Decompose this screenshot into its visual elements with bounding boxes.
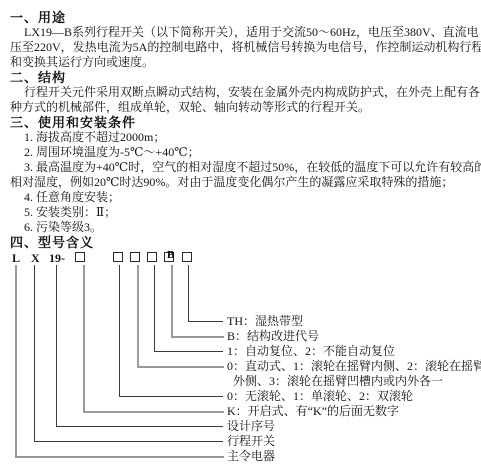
connector-roller-pos-line (137, 265, 224, 368)
document-body: 一、用途 LX19—B系列行程开关（以下简称开关），适用于交流50～60Hz，电… (0, 0, 481, 250)
model-box-4 (147, 252, 157, 262)
diagram-label-roller-pos: 0：直动式、1：滚轮在摇臂内侧、2：滚轮在摇臂 (227, 360, 481, 373)
section-heading-2: 二、结构 (10, 70, 475, 85)
list-item: 3. 最高温度为+40℃时，空气的相对湿度不超过50%，在较低的温度下可以允许有… (10, 160, 475, 175)
document-page: 一、用途 LX19—B系列行程开关（以下简称开关），适用于交流50～60Hz，电… (0, 0, 481, 471)
model-box-5 (164, 252, 174, 262)
connector-reset-line (154, 265, 223, 352)
connector-k-type-line (83, 265, 224, 413)
diagram-label-k-type: K：开启式、有“K”的后面无数字 (227, 405, 399, 418)
section-heading-1: 一、用途 (10, 10, 475, 25)
list-item: 6. 污染等级3。 (10, 220, 475, 235)
diagram-label-th: TH：湿热带型 (227, 315, 303, 328)
list-item: 1. 海拔高度不超过2000m； (10, 130, 475, 145)
paragraph-line: 行程开关元件采用双断点瞬动式结构，安装在金属外壳内构成防护式，在外壳上配有各 (10, 85, 475, 100)
list-item: 5. 安装类别：Ⅱ； (10, 205, 475, 220)
list-item: 4. 任意角度安装； (10, 190, 475, 205)
diagram-label-roller-pos-cont: 外侧、3：滚轮在摇臂凹槽内或内外各一 (233, 375, 443, 388)
diagram-label-master-device: 主令电器 (227, 450, 275, 463)
section-heading-4: 四、型号含义 (10, 235, 475, 250)
paragraph-line: 压至220V，发热电流为5A的控制电路中，将机械信号转换为电信号，作控制运动机构… (10, 40, 475, 55)
list-item-continuation: 相对湿度，例如20℃时达90%。对由于温度变化偶尔产生的凝露应采取特殊的措施； (10, 175, 475, 190)
diagram-label-roller-count: 0：无滚轮、1：单滚轮、2：双滚轮 (227, 390, 413, 403)
connector-th-line (188, 265, 223, 322)
paragraph-line: 和变换其运行方向或速度。 (10, 55, 475, 70)
connector-design-no-line (56, 265, 223, 427)
model-b-character: B (167, 250, 174, 261)
paragraph-line: LX19—B系列行程开关（以下简称开关），适用于交流50～60Hz，电压至380… (10, 25, 475, 40)
connector-master-device-line (15, 265, 224, 458)
diagram-label-b: B：结构改进代号 (227, 330, 319, 343)
diagram-label-travel-switch: 行程开关 (227, 435, 275, 448)
model-prefix-x: X (31, 252, 40, 264)
model-prefix-l: L (12, 252, 20, 264)
diagram-label-design-no: 设计序号 (227, 420, 275, 433)
model-box-2 (113, 252, 123, 262)
section-heading-3: 三、使用和安装条件 (10, 115, 475, 130)
diagram-label-reset: 1：自动复位、2：不能自动复位 (227, 345, 395, 358)
paragraph-line: 种方式的机械部件，组成单轮，双轮、轴向转动等形式的行程开关。 (10, 100, 475, 115)
connector-roller-count-line (119, 265, 223, 397)
model-box-1 (75, 252, 85, 262)
model-box-6 (182, 252, 192, 262)
model-prefix-19: 19- (49, 252, 65, 264)
connector-b-line (171, 265, 224, 338)
list-item: 2. 周围环境温度为-5℃～+40℃； (10, 145, 475, 160)
model-box-3 (130, 252, 140, 262)
connector-travel-switch-line (34, 265, 223, 442)
